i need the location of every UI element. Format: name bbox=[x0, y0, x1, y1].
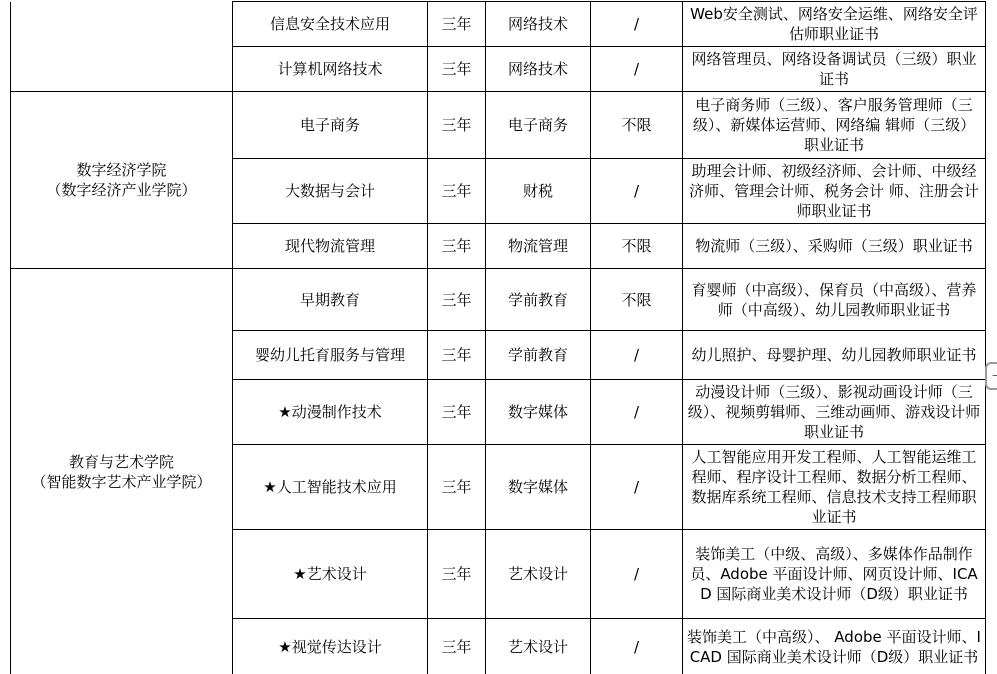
limit-cell: / bbox=[591, 2, 683, 47]
limit-cell: 不限 bbox=[591, 224, 683, 269]
category-cell: 艺术设计 bbox=[486, 619, 591, 674]
major-cell: 电子商务 bbox=[233, 92, 428, 159]
duration-cell: 三年 bbox=[428, 445, 486, 530]
duration-cell: 三年 bbox=[428, 269, 486, 331]
major-cell: ★人工智能技术应用 bbox=[233, 445, 428, 530]
college-cell: 数字经济学院（数字经济产业学院） bbox=[11, 92, 233, 269]
college-cell: 教育与艺术学院（智能数字艺术产业学院） bbox=[11, 269, 233, 674]
category-cell: 艺术设计 bbox=[486, 530, 591, 619]
certificates-cell: 装饰美工（中级、高级）、多媒体作品制作员、Adobe 平面设计师、网页设计师、I… bbox=[683, 530, 986, 619]
category-cell: 财税 bbox=[486, 159, 591, 224]
category-cell: 物流管理 bbox=[486, 224, 591, 269]
major-cell: ★动漫制作技术 bbox=[233, 380, 428, 445]
certificates-cell: Web安全测试、网络安全运维、网络安全评估师职业证书 bbox=[683, 2, 986, 47]
limit-cell: 不限 bbox=[591, 269, 683, 331]
duration-cell: 三年 bbox=[428, 47, 486, 92]
limit-cell: / bbox=[591, 159, 683, 224]
duration-cell: 三年 bbox=[428, 530, 486, 619]
category-cell: 学前教育 bbox=[486, 331, 591, 380]
table-row: 信息安全技术应用三年网络技术/Web安全测试、网络安全运维、网络安全评估师职业证… bbox=[11, 2, 986, 47]
limit-cell: 不限 bbox=[591, 92, 683, 159]
certificates-cell: 动漫设计师（三级）、影视动画设计师（三级）、视频剪辑师、三维动画师、游戏设计师职… bbox=[683, 380, 986, 445]
duration-cell: 三年 bbox=[428, 159, 486, 224]
category-cell: 学前教育 bbox=[486, 269, 591, 331]
major-cell: 婴幼儿托育服务与管理 bbox=[233, 331, 428, 380]
certificates-cell: 人工智能应用开发工程师、人工智能运维工程师、程序设计工程师、数据分析工程师、数据… bbox=[683, 445, 986, 530]
certificates-cell: 电子商务师（三级）、客户服务管理师（三级）、新媒体运营师、网络编 辑师（三级）职… bbox=[683, 92, 986, 159]
limit-cell: / bbox=[591, 47, 683, 92]
certificates-cell: 幼儿照护、母婴护理、幼儿园教师职业证书 bbox=[683, 331, 986, 380]
duration-cell: 三年 bbox=[428, 224, 486, 269]
table-row: 教育与艺术学院（智能数字艺术产业学院）早期教育三年学前教育不限育婴师（中高级）、… bbox=[11, 269, 986, 331]
minus-icon: – bbox=[992, 368, 997, 383]
certificates-cell: 装饰美工（中高级）、 Adobe 平面设计师、ICAD 国际商业美术设计师（D级… bbox=[683, 619, 986, 674]
document-page: 信息安全技术应用三年网络技术/Web安全测试、网络安全运维、网络安全评估师职业证… bbox=[0, 0, 997, 674]
major-cell: 现代物流管理 bbox=[233, 224, 428, 269]
duration-cell: 三年 bbox=[428, 331, 486, 380]
duration-cell: 三年 bbox=[428, 92, 486, 159]
category-cell: 电子商务 bbox=[486, 92, 591, 159]
certificates-cell: 网络管理员、网络设备调试员（三级）职业证书 bbox=[683, 47, 986, 92]
major-cell: 早期教育 bbox=[233, 269, 428, 331]
certificates-cell: 助理会计师、初级经济师、会计师、中级经济师、管理会计师、税务会计 师、注册会计师… bbox=[683, 159, 986, 224]
category-cell: 网络技术 bbox=[486, 2, 591, 47]
majors-table: 信息安全技术应用三年网络技术/Web安全测试、网络安全运维、网络安全评估师职业证… bbox=[10, 1, 986, 674]
major-cell: 信息安全技术应用 bbox=[233, 2, 428, 47]
college-cell bbox=[11, 2, 233, 92]
limit-cell: / bbox=[591, 530, 683, 619]
limit-cell: / bbox=[591, 619, 683, 674]
duration-cell: 三年 bbox=[428, 2, 486, 47]
certificates-cell: 育婴师（中高级）、保育员（中高级）、营养师（中高级）、幼儿园教师职业证书 bbox=[683, 269, 986, 331]
limit-cell: / bbox=[591, 380, 683, 445]
major-cell: 大数据与会计 bbox=[233, 159, 428, 224]
category-cell: 数字媒体 bbox=[486, 380, 591, 445]
major-cell: ★视觉传达设计 bbox=[233, 619, 428, 674]
limit-cell: / bbox=[591, 331, 683, 380]
collapse-handle-button[interactable]: – bbox=[985, 362, 997, 390]
duration-cell: 三年 bbox=[428, 380, 486, 445]
limit-cell: / bbox=[591, 445, 683, 530]
duration-cell: 三年 bbox=[428, 619, 486, 674]
certificates-cell: 物流师（三级）、采购师（三级）职业证书 bbox=[683, 224, 986, 269]
major-cell: ★艺术设计 bbox=[233, 530, 428, 619]
category-cell: 网络技术 bbox=[486, 47, 591, 92]
category-cell: 数字媒体 bbox=[486, 445, 591, 530]
major-cell: 计算机网络技术 bbox=[233, 47, 428, 92]
table-row: 数字经济学院（数字经济产业学院）电子商务三年电子商务不限电子商务师（三级）、客户… bbox=[11, 92, 986, 159]
